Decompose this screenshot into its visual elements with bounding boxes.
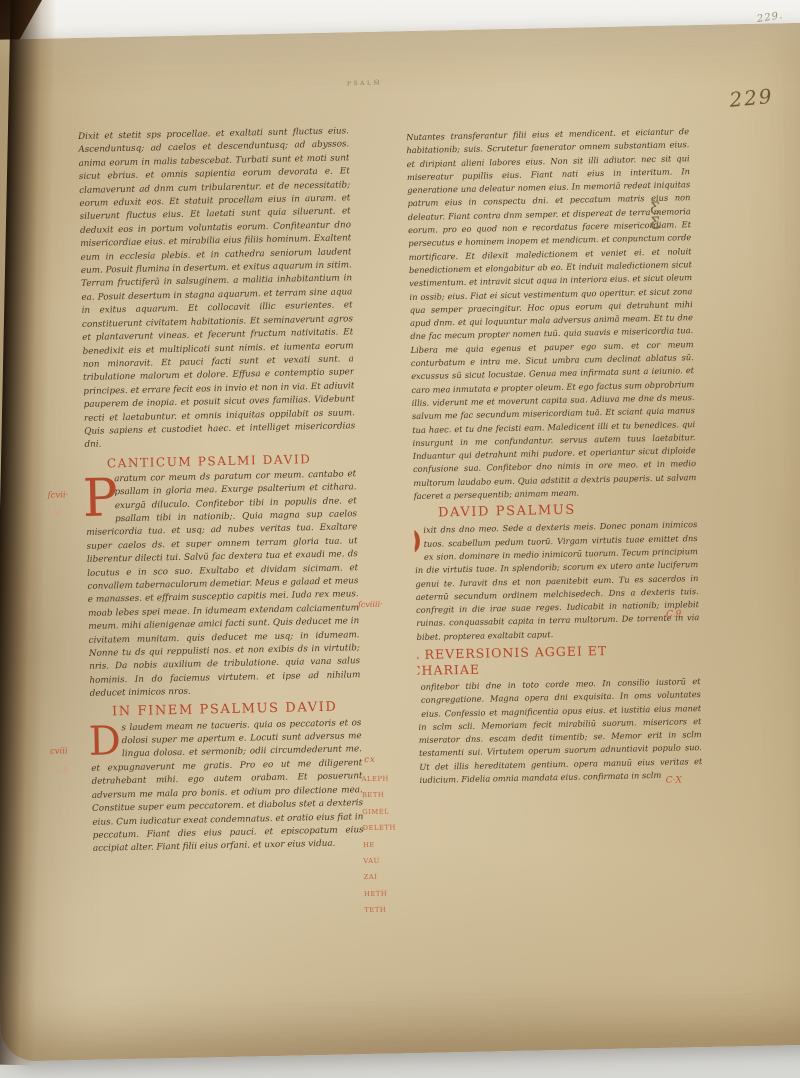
manuscript-page: psalm̄ 229 Dixit et stetit sps procellae… xyxy=(0,22,800,1061)
margin-psalm-number-cx: cx xyxy=(364,755,376,765)
psalm-108-text: Ds laudem meam ne tacueris. quia os pecc… xyxy=(90,717,364,857)
initial-d: D xyxy=(88,723,118,760)
psalm-108-body: s laudem meam ne tacueris. quia os pecca… xyxy=(91,718,364,854)
initial-p: P xyxy=(82,475,111,522)
hebrew-acrostic-letters: ALEPH BETH GIMEL DELETH HE VAU ZAI HETH … xyxy=(361,770,397,918)
left-text-column: Dixit et stetit sps procellae. et exalta… xyxy=(78,125,367,990)
psalm-106-text: Dixit et stetit sps procellae. et exalta… xyxy=(78,125,356,452)
psalm-110-text: Confitebor tibi dne in toto corde meo. I… xyxy=(418,675,703,787)
margin-guide-letters: ca xyxy=(52,508,61,517)
margin-psalm-number-cvii: ſcvii· xyxy=(47,490,68,500)
psalm-110-rubric: ALL̄ REVERSIONIS AGGEI ET ZACHARIAE xyxy=(406,641,700,679)
initial-c: C xyxy=(406,681,417,710)
psalm-109-body: ixit dns dno meo. Sede a dexteris meis. … xyxy=(415,519,699,641)
margin-guide-c8: c.8 xyxy=(56,765,68,774)
acrostic-letter: ALEPH xyxy=(361,770,395,787)
margin-later-number-c9: C.9 xyxy=(666,609,681,619)
acrostic-letter: ZAI xyxy=(363,869,397,886)
margin-psalm-number-cviii: cviii xyxy=(50,746,68,756)
photograph-backdrop: psalm̄ 229 Dixit et stetit sps procellae… xyxy=(0,0,800,1078)
margin-psalm-number-cviiii: ſcviiii· xyxy=(358,600,383,610)
right-text-column: Nutantes transferantur filii eius et men… xyxy=(406,125,707,987)
psalm-110-body: onfitebor tibi dne in toto corde meo. In… xyxy=(418,676,702,785)
margin-correction-mark-icon: Ƹ Ƹ xyxy=(646,202,665,232)
psalm-109-text: Dixit dns dno meo. Sede a dexteris meis.… xyxy=(414,518,699,644)
psalm-108-continued-text: Nutantes transferantur filii eius et men… xyxy=(406,125,697,503)
acrostic-letter: HE xyxy=(363,836,397,853)
initial-d: D xyxy=(406,525,420,560)
margin-later-number-cx: C·X xyxy=(666,775,682,785)
ink-folio-number: 229 xyxy=(728,84,774,112)
running-title: psalm̄ xyxy=(347,78,382,89)
acrostic-letter: TETH xyxy=(364,902,398,919)
acrostic-letter: GIMEL xyxy=(362,803,396,820)
acrostic-letter: DELETH xyxy=(362,820,396,837)
acrostic-letter: BETH xyxy=(362,787,396,804)
psalm-107-text: Paratum cor meum ds paratum cor meum. ca… xyxy=(85,468,361,702)
acrostic-letter: HETH xyxy=(364,885,398,902)
psalm-107-body: aratum cor meum ds paratum cor meum. can… xyxy=(86,469,360,699)
acrostic-letter: VAU xyxy=(363,852,397,869)
